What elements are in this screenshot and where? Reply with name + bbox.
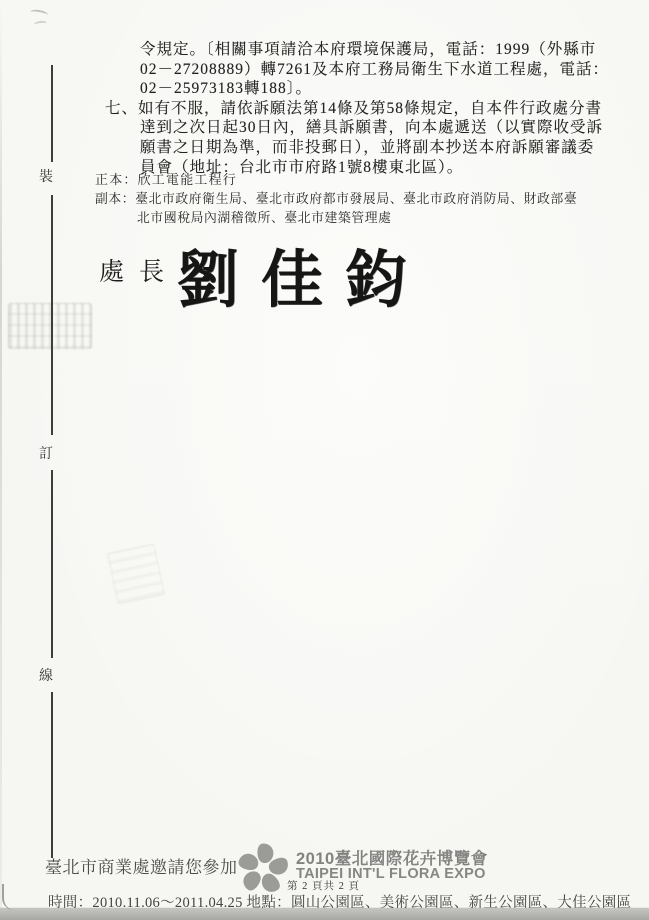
original-copy-line: 正本：欣工電能工程行 bbox=[95, 169, 237, 188]
binding-mark-ding: 訂 bbox=[36, 443, 56, 463]
scan-left-edge bbox=[0, 0, 2, 920]
pencil-mark bbox=[30, 8, 49, 18]
cc-block: 副本：臺北市政府衛生局、臺北市政府都市發展局、臺北市政府消防局、財政部臺 北市國… bbox=[95, 190, 615, 227]
binding-line-segment bbox=[51, 692, 53, 858]
body-line: 02－27208889）轉7261及本府工務局衛生下水道工程處，電話： bbox=[140, 60, 635, 80]
body-line: 02－25973183轉188〕。 bbox=[140, 79, 635, 99]
cc-line-1: 副本：臺北市政府衛生局、臺北市政府都市發展局、臺北市政府消防局、財政部臺 bbox=[95, 190, 615, 209]
faint-tilted-stamp bbox=[107, 544, 165, 605]
binding-line-segment bbox=[51, 65, 53, 162]
cc-line-2: 北市國稅局內湖稽徵所、臺北市建築管理處 bbox=[137, 209, 615, 228]
binding-mark-xian: 線 bbox=[36, 665, 56, 685]
body-text: 令規定。〔相關事項請洽本府環境保護局，電話：1999（外縣市 02－272088… bbox=[105, 40, 635, 177]
page-corner-curl bbox=[2, 884, 16, 910]
faded-ink-stamp bbox=[8, 303, 92, 349]
scan-bottom-band bbox=[0, 909, 649, 920]
signer-title: 處長 bbox=[99, 252, 179, 288]
binding-line-segment bbox=[51, 195, 53, 435]
body-line: 令規定。〔相關事項請洽本府環境保護局，電話：1999（外縣市 bbox=[140, 40, 635, 60]
page-indicator: 第 2 頁共 2 頁 bbox=[287, 878, 360, 893]
binding-mark-zhuang: 裝 bbox=[36, 166, 56, 186]
footer-invitation-text: 臺北市商業處邀請您參加 bbox=[45, 853, 238, 878]
body-line: 願書之日期為準，而非投郵日），並將副本抄送本府訴願審議委 bbox=[140, 138, 635, 158]
flora-expo-flower-icon bbox=[232, 840, 294, 898]
binding-line-segment bbox=[51, 470, 53, 658]
pencil-mark bbox=[34, 20, 48, 27]
body-line-item-seven: 七、如有不服，請依訴願法第14條及第58條規定，自本件行政處分書 bbox=[105, 99, 635, 119]
signer-name-signature: 劉佳鈞 bbox=[177, 230, 429, 319]
body-line: 達到之次日起30日內，繕具訴願書，向本處遞送（以實際收受訴 bbox=[140, 118, 635, 138]
scanned-document-page: 裝 訂 線 令規定。〔相關事項請洽本府環境保護局，電話：1999（外縣市 02－… bbox=[0, 0, 649, 920]
